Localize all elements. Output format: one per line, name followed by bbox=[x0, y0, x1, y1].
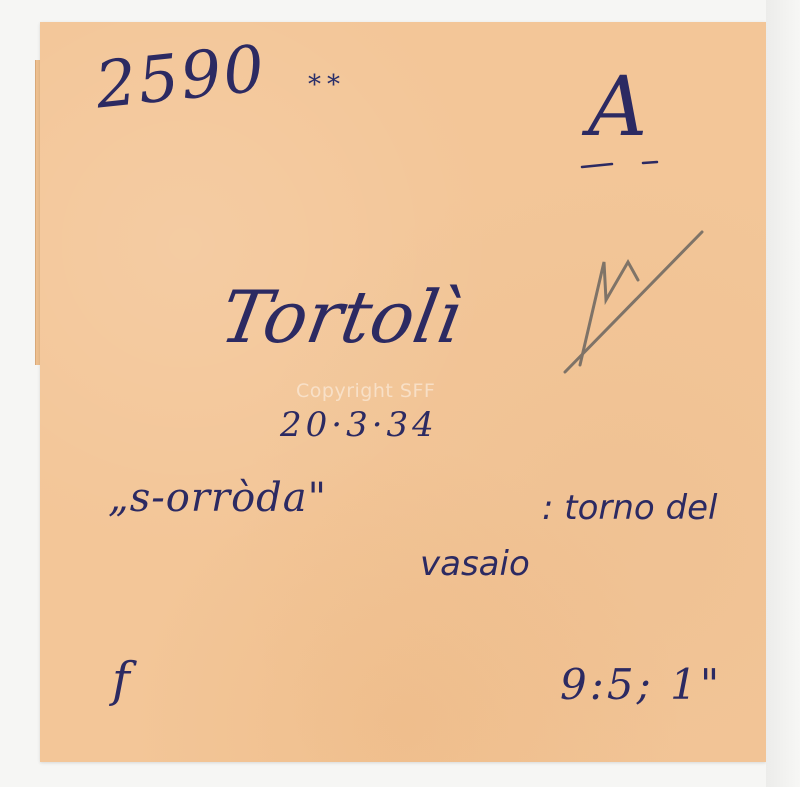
translation-line-2: vasaio bbox=[420, 544, 530, 584]
place-name: Tortolì bbox=[215, 275, 468, 359]
class-letter: A bbox=[588, 60, 647, 155]
dialect-term: „s-orròda" bbox=[108, 475, 327, 521]
translation-line-1: : torno del bbox=[542, 488, 717, 528]
measurement: 9:5; 1" bbox=[560, 660, 722, 709]
star-marks: ** bbox=[308, 70, 346, 100]
background-edge bbox=[766, 0, 800, 787]
date: 20·3·34 bbox=[280, 405, 438, 445]
bottom-left-mark: f bbox=[112, 652, 130, 708]
copyright-watermark: Copyright SFF bbox=[296, 380, 435, 402]
